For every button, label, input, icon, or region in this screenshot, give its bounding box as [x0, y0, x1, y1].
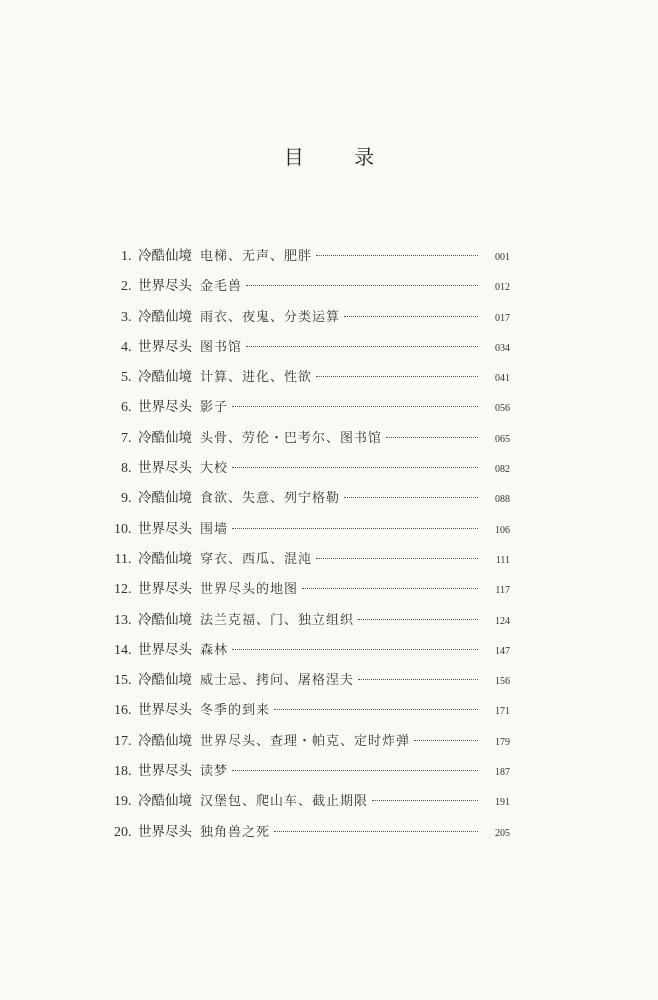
- entry-part: 冷酷仙境: [138, 608, 192, 628]
- entry-chapter-title: 独角兽之死: [200, 821, 270, 840]
- toc-entry[interactable]: 16.世界尽头冬季的到来171: [100, 698, 510, 728]
- number-period: .: [128, 431, 136, 447]
- dot-leader: [344, 316, 478, 317]
- entry-part: 冷酷仙境: [138, 729, 192, 749]
- entry-number: 11: [100, 552, 128, 568]
- dot-leader: [302, 588, 478, 589]
- entry-chapter-title: 头骨、劳伦・巴考尔、图书馆: [200, 427, 382, 446]
- entry-chapter-title: 金毛兽: [200, 275, 242, 294]
- table-of-contents: 1.冷酷仙境电梯、无声、肥胖0012.世界尽头金毛兽0123.冷酷仙境雨衣、夜鬼…: [100, 244, 510, 850]
- entry-page-number: 065: [484, 434, 510, 445]
- entry-chapter-title: 冬季的到来: [200, 699, 270, 718]
- dot-leader: [358, 619, 478, 620]
- number-period: .: [128, 613, 136, 629]
- toc-entry[interactable]: 15.冷酷仙境威士忌、拷问、屠格涅夫156: [100, 668, 510, 698]
- entry-part: 冷酷仙境: [138, 547, 192, 567]
- entry-number: 7: [100, 431, 128, 447]
- entry-page-number: 012: [484, 282, 510, 293]
- dot-leader: [386, 437, 478, 438]
- entry-number: 10: [100, 522, 128, 538]
- toc-entry[interactable]: 19.冷酷仙境汉堡包、爬山车、截止期限191: [100, 789, 510, 819]
- entry-number: 15: [100, 673, 128, 689]
- entry-number: 18: [100, 764, 128, 780]
- entry-chapter-title: 食欲、失意、列宁格勒: [200, 487, 340, 506]
- number-period: .: [128, 249, 136, 265]
- dot-leader: [344, 497, 478, 498]
- entry-chapter-title: 电梯、无声、肥胖: [200, 245, 312, 264]
- entry-part: 世界尽头: [138, 577, 192, 597]
- dot-leader: [232, 770, 478, 771]
- dot-leader: [316, 255, 478, 256]
- toc-entry[interactable]: 4.世界尽头图书馆034: [100, 335, 510, 365]
- entry-number: 17: [100, 734, 128, 750]
- entry-page-number: 001: [484, 252, 510, 263]
- entry-number: 3: [100, 310, 128, 326]
- entry-page-number: 088: [484, 494, 510, 505]
- number-period: .: [128, 552, 136, 568]
- entry-chapter-title: 法兰克福、门、独立组织: [200, 609, 354, 628]
- toc-entry[interactable]: 5.冷酷仙境计算、进化、性欲041: [100, 365, 510, 395]
- toc-entry[interactable]: 17.冷酷仙境世界尽头、查理・帕克、定时炸弹179: [100, 729, 510, 759]
- entry-part: 世界尽头: [138, 335, 192, 355]
- toc-entry[interactable]: 18.世界尽头读梦187: [100, 759, 510, 789]
- dot-leader: [316, 558, 478, 559]
- entry-part: 世界尽头: [138, 274, 192, 294]
- entry-chapter-title: 汉堡包、爬山车、截止期限: [200, 790, 368, 809]
- number-period: .: [128, 794, 136, 810]
- entry-part: 世界尽头: [138, 698, 192, 718]
- entry-page-number: 191: [484, 797, 510, 808]
- toc-entry[interactable]: 20.世界尽头独角兽之死205: [100, 820, 510, 850]
- toc-entry[interactable]: 7.冷酷仙境头骨、劳伦・巴考尔、图书馆065: [100, 426, 510, 456]
- entry-chapter-title: 读梦: [200, 760, 228, 779]
- dot-leader: [358, 679, 478, 680]
- entry-part: 冷酷仙境: [138, 426, 192, 446]
- entry-number: 8: [100, 461, 128, 477]
- entry-chapter-title: 世界尽头的地图: [200, 578, 298, 597]
- entry-number: 4: [100, 340, 128, 356]
- number-period: .: [128, 400, 136, 416]
- number-period: .: [128, 582, 136, 598]
- entry-part: 世界尽头: [138, 456, 192, 476]
- entry-page-number: 124: [484, 616, 510, 627]
- entry-page-number: 017: [484, 313, 510, 324]
- entry-page-number: 117: [484, 585, 510, 596]
- toc-entry[interactable]: 13.冷酷仙境法兰克福、门、独立组织124: [100, 608, 510, 638]
- entry-part: 世界尽头: [138, 759, 192, 779]
- dot-leader: [414, 740, 478, 741]
- entry-chapter-title: 计算、进化、性欲: [200, 366, 312, 385]
- number-period: .: [128, 340, 136, 356]
- toc-entry[interactable]: 8.世界尽头大校082: [100, 456, 510, 486]
- number-period: .: [128, 279, 136, 295]
- entry-page-number: 082: [484, 464, 510, 475]
- toc-entry[interactable]: 14.世界尽头森林147: [100, 638, 510, 668]
- entry-page-number: 156: [484, 676, 510, 687]
- dot-leader: [274, 709, 478, 710]
- number-period: .: [128, 461, 136, 477]
- number-period: .: [128, 703, 136, 719]
- toc-entry[interactable]: 3.冷酷仙境雨衣、夜鬼、分类运算017: [100, 305, 510, 335]
- toc-entry[interactable]: 1.冷酷仙境电梯、无声、肥胖001: [100, 244, 510, 274]
- number-period: .: [128, 491, 136, 507]
- entry-chapter-title: 穿衣、西瓜、混沌: [200, 548, 312, 567]
- entry-chapter-title: 世界尽头、查理・帕克、定时炸弹: [200, 730, 410, 749]
- entry-part: 冷酷仙境: [138, 789, 192, 809]
- entry-number: 2: [100, 279, 128, 295]
- number-period: .: [128, 734, 136, 750]
- number-period: .: [128, 643, 136, 659]
- entry-part: 冷酷仙境: [138, 244, 192, 264]
- entry-number: 13: [100, 613, 128, 629]
- toc-entry[interactable]: 12.世界尽头世界尽头的地图117: [100, 577, 510, 607]
- number-period: .: [128, 370, 136, 386]
- toc-entry[interactable]: 10.世界尽头围墙106: [100, 517, 510, 547]
- entry-page-number: 041: [484, 373, 510, 384]
- entry-part: 冷酷仙境: [138, 486, 192, 506]
- dot-leader: [372, 800, 478, 801]
- entry-page-number: 205: [484, 828, 510, 839]
- entry-part: 世界尽头: [138, 638, 192, 658]
- dot-leader: [232, 406, 478, 407]
- entry-page-number: 147: [484, 646, 510, 657]
- entry-chapter-title: 影子: [200, 396, 228, 415]
- toc-entry[interactable]: 9.冷酷仙境食欲、失意、列宁格勒088: [100, 486, 510, 516]
- dot-leader: [246, 346, 478, 347]
- toc-entry[interactable]: 11.冷酷仙境穿衣、西瓜、混沌111: [100, 547, 510, 577]
- entry-chapter-title: 威士忌、拷问、屠格涅夫: [200, 669, 354, 688]
- entry-chapter-title: 大校: [200, 457, 228, 476]
- entry-chapter-title: 森林: [200, 639, 228, 658]
- page-title: 目 录: [0, 141, 658, 170]
- toc-entry[interactable]: 2.世界尽头金毛兽012: [100, 274, 510, 304]
- entry-number: 14: [100, 643, 128, 659]
- dot-leader: [316, 376, 478, 377]
- entry-page-number: 111: [484, 555, 510, 566]
- entry-page-number: 106: [484, 525, 510, 536]
- number-period: .: [128, 522, 136, 538]
- entry-chapter-title: 雨衣、夜鬼、分类运算: [200, 306, 340, 325]
- entry-number: 20: [100, 825, 128, 841]
- entry-page-number: 034: [484, 343, 510, 354]
- toc-entry[interactable]: 6.世界尽头影子056: [100, 395, 510, 425]
- entry-number: 5: [100, 370, 128, 386]
- entry-part: 世界尽头: [138, 517, 192, 537]
- entry-chapter-title: 围墙: [200, 518, 228, 537]
- entry-page-number: 056: [484, 403, 510, 414]
- dot-leader: [274, 831, 478, 832]
- entry-part: 冷酷仙境: [138, 305, 192, 325]
- entry-number: 6: [100, 400, 128, 416]
- entry-number: 9: [100, 491, 128, 507]
- dot-leader: [232, 649, 478, 650]
- number-period: .: [128, 310, 136, 326]
- entry-part: 世界尽头: [138, 820, 192, 840]
- entry-number: 16: [100, 703, 128, 719]
- dot-leader: [232, 528, 478, 529]
- entry-number: 12: [100, 582, 128, 598]
- entry-page-number: 187: [484, 767, 510, 778]
- entry-chapter-title: 图书馆: [200, 336, 242, 355]
- number-period: .: [128, 825, 136, 841]
- entry-part: 冷酷仙境: [138, 668, 192, 688]
- dot-leader: [232, 467, 478, 468]
- entry-number: 1: [100, 249, 128, 265]
- entry-part: 冷酷仙境: [138, 365, 192, 385]
- dot-leader: [246, 285, 478, 286]
- entry-number: 19: [100, 794, 128, 810]
- entry-part: 世界尽头: [138, 395, 192, 415]
- entry-page-number: 179: [484, 737, 510, 748]
- number-period: .: [128, 673, 136, 689]
- entry-page-number: 171: [484, 706, 510, 717]
- number-period: .: [128, 764, 136, 780]
